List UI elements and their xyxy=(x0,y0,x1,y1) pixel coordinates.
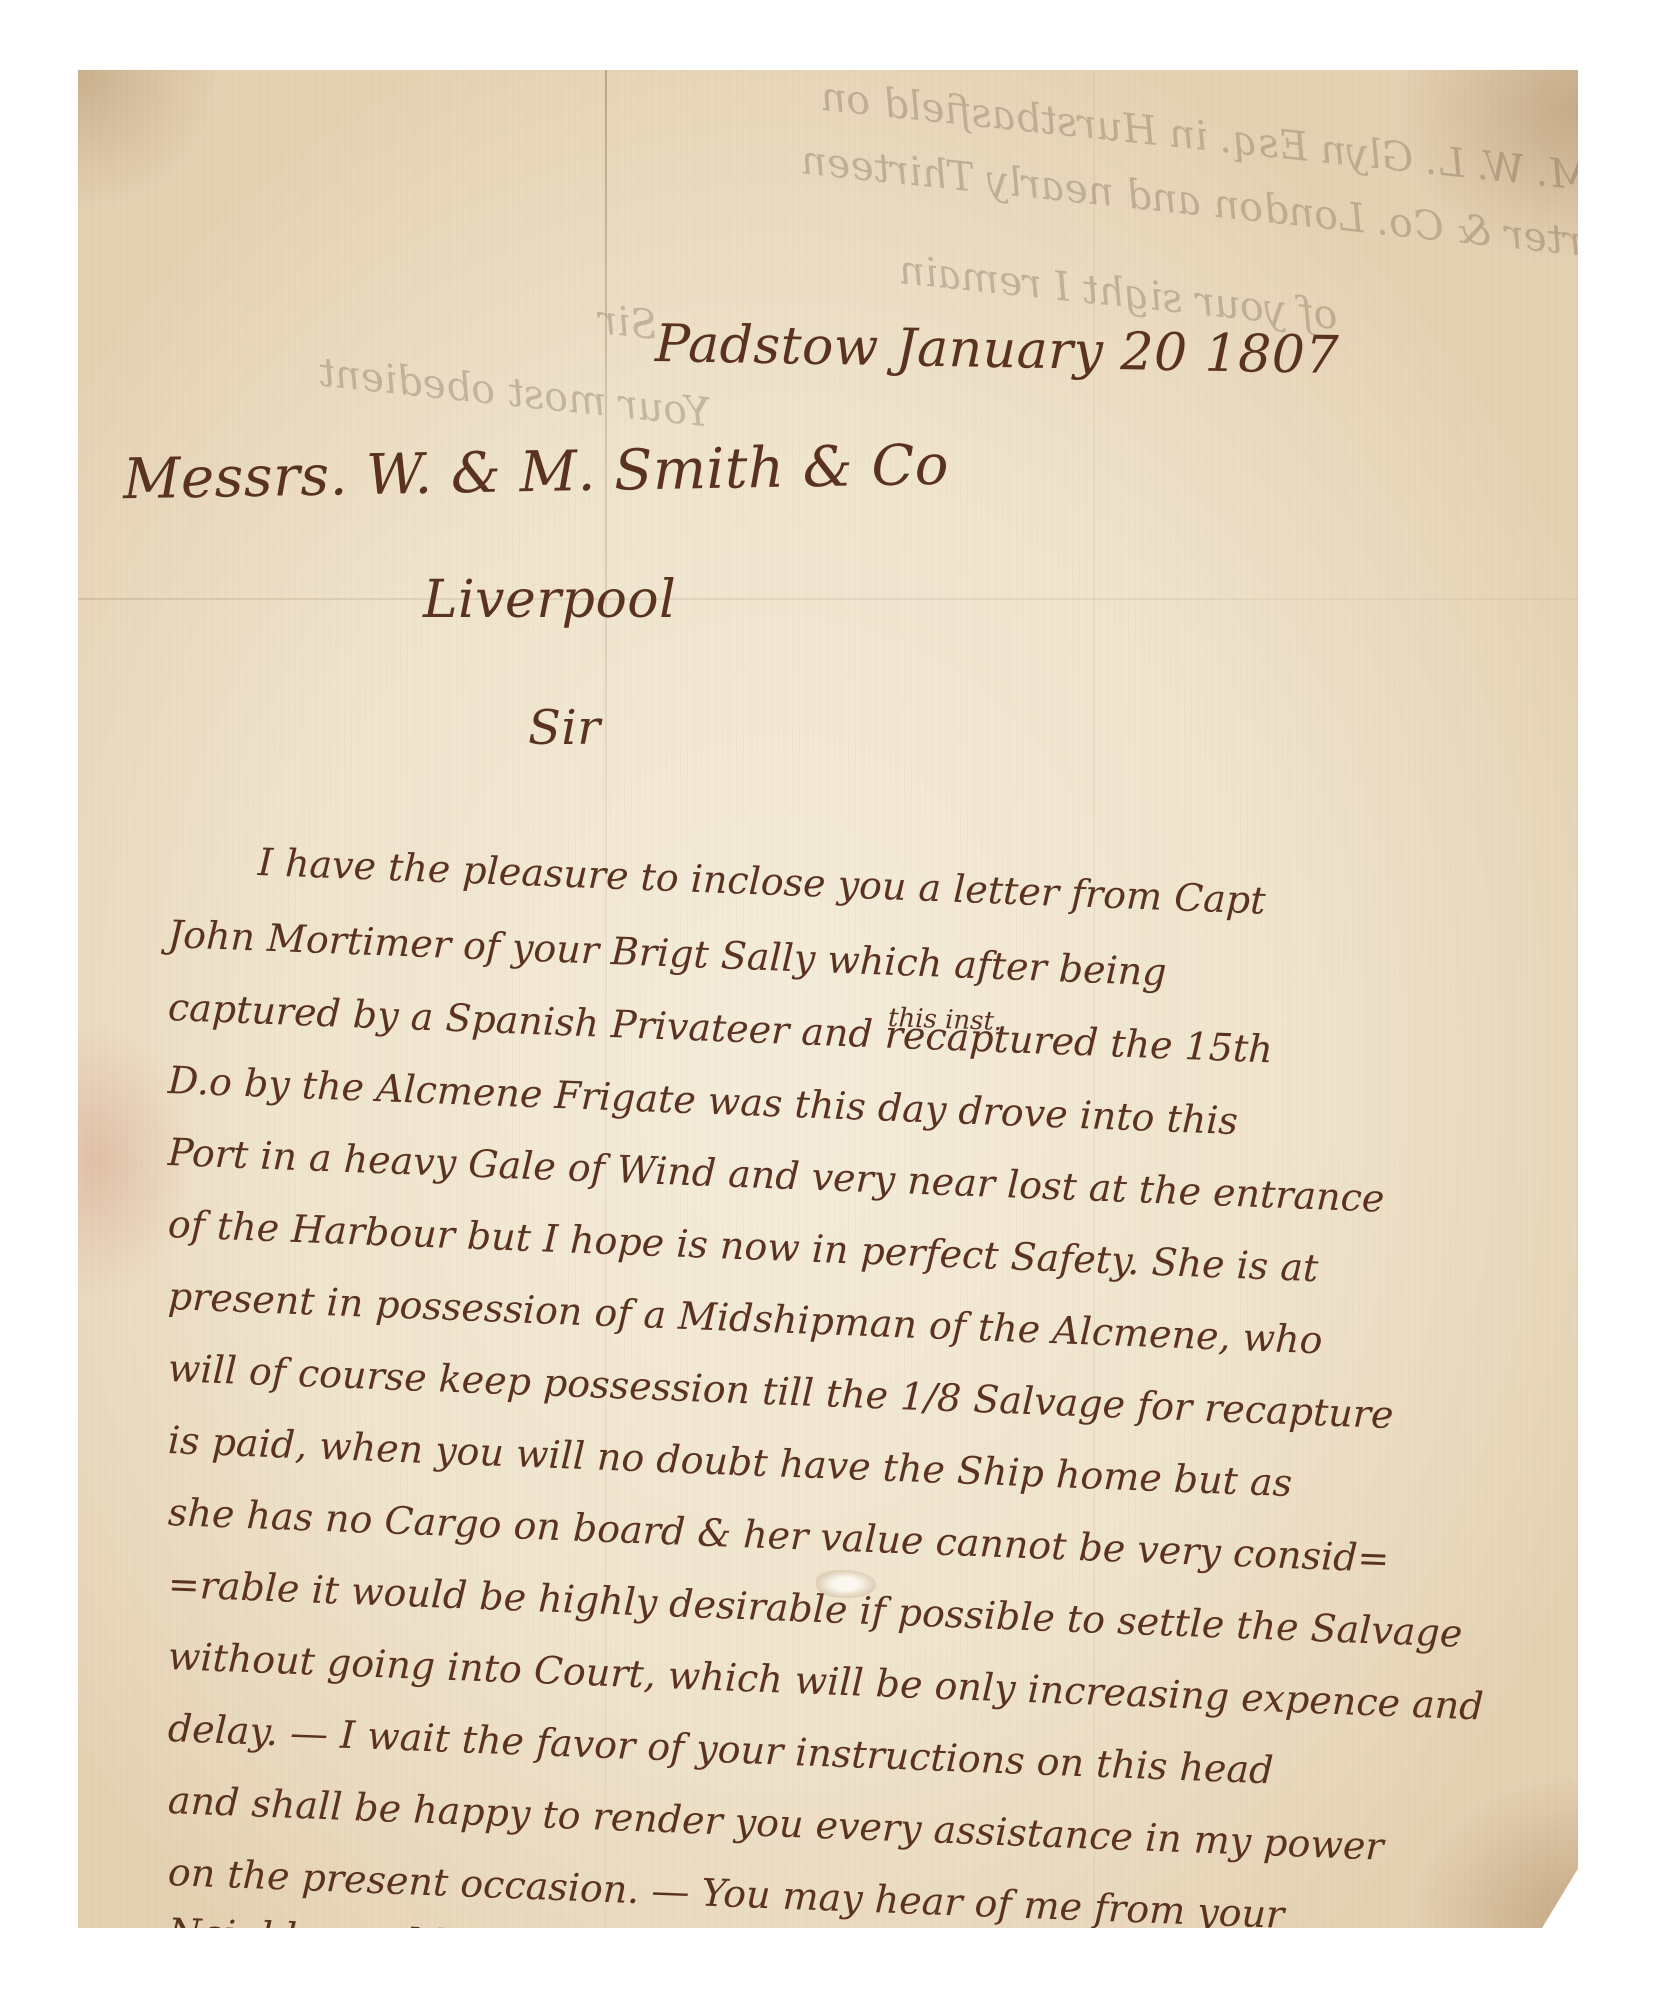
body-line: is paid, when you will no doubt have the… xyxy=(167,1418,1293,1505)
dateline: Padstow January 20 1807 xyxy=(655,314,1340,386)
vertical-fold-line xyxy=(605,70,607,1928)
salutation: Sir xyxy=(528,700,601,756)
bleed-through-line: Your most obedient xyxy=(317,350,713,437)
horizontal-fold-line xyxy=(78,598,1578,600)
addressee: Messrs. W. & M. Smith & Co xyxy=(122,433,949,512)
body-line: John Mortimer of your Brigt Sally which … xyxy=(167,912,1167,994)
body-line: Port in a heavy Gale of Wind and very ne… xyxy=(167,1130,1385,1221)
bleed-through-line: Sir xyxy=(596,297,660,349)
body-line: and shall be happy to render you every a… xyxy=(167,1778,1384,1869)
body-line: of the Harbour but I hope is now in perf… xyxy=(167,1202,1319,1290)
body-line: I have the pleasure to inclose you a let… xyxy=(257,840,1266,923)
body-line: delay. — I wait the favor of your instru… xyxy=(167,1706,1274,1792)
body-line: she has no Cargo on board & her value ca… xyxy=(167,1490,1390,1581)
body-line: present in possession of a Midshipman of… xyxy=(167,1274,1323,1362)
body-line: will of course keep possession till the … xyxy=(167,1346,1394,1437)
body-line: captured by a Spanish Privateer and reca… xyxy=(167,985,1273,1071)
body-line: D.o by the Alcmene Frigate was this day … xyxy=(167,1058,1239,1143)
addressee-city: Liverpool xyxy=(423,570,676,630)
letter-page: a of our friend M. W. L. Glyn Esq. in Hu… xyxy=(78,70,1578,1928)
